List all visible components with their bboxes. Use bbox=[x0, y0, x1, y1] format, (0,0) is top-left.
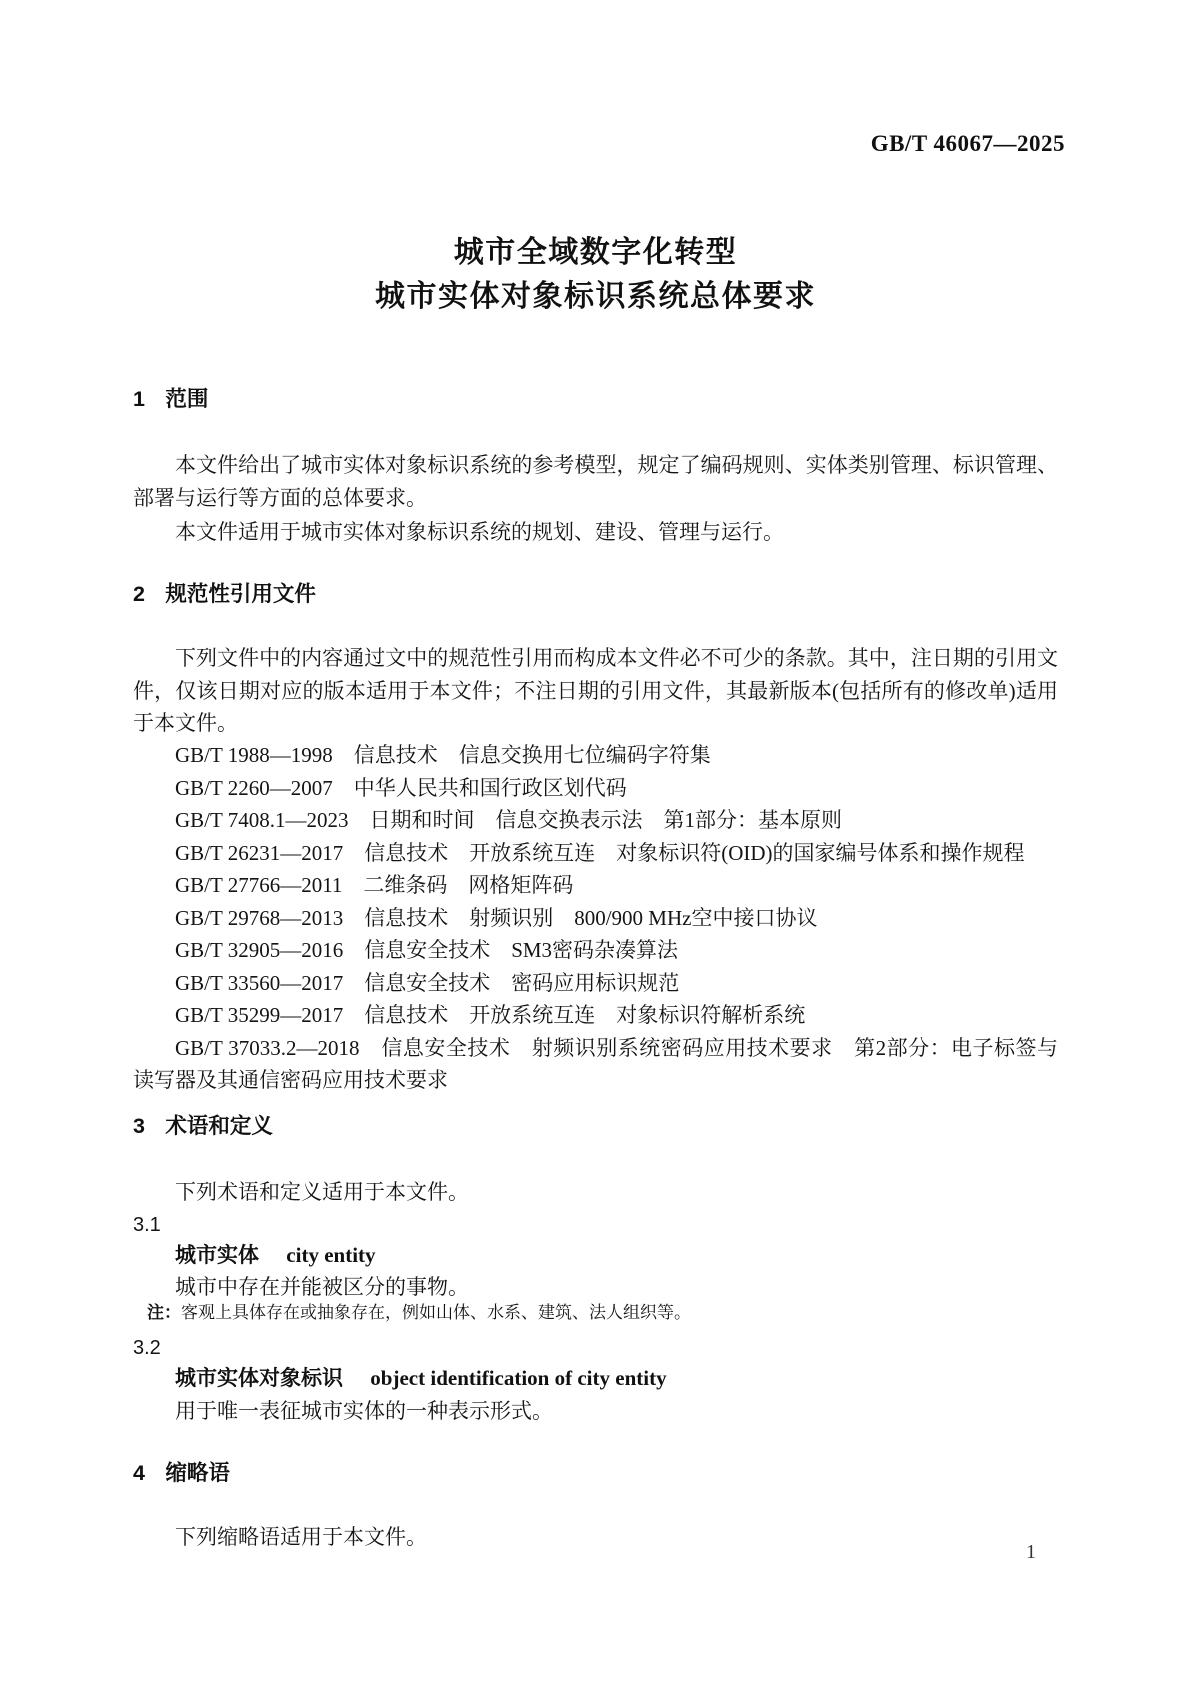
section-3-heading: 3术语和定义 bbox=[133, 1113, 1058, 1139]
term-3-1-en: city entity bbox=[286, 1243, 375, 1267]
terms-intro: 下列术语和定义适用于本文件。 bbox=[133, 1176, 1058, 1209]
section-1-number: 1 bbox=[133, 386, 145, 412]
term-3-2-number: 3.2 bbox=[133, 1335, 1058, 1361]
term-3-1-note: 注：客观上具体存在或抽象存在，例如山体、水系、建筑、法人组织等。 bbox=[147, 1301, 1072, 1324]
section-4-heading: 4缩略语 bbox=[133, 1460, 1058, 1486]
reference-item: GB/T 32905—2016 信息安全技术 SM3密码杂凑算法 bbox=[133, 934, 1058, 967]
document-page: GB/T 46067—2025 城市全域数字化转型 城市实体对象标识系统总体要求… bbox=[0, 0, 1191, 1685]
section-1-heading: 1范围 bbox=[133, 386, 1058, 412]
term-3-1-heading: 城市实体city entity bbox=[175, 1242, 1100, 1269]
document-title: 城市全域数字化转型 城市实体对象标识系统总体要求 bbox=[0, 231, 1191, 319]
section-2-title: 规范性引用文件 bbox=[165, 582, 316, 606]
reference-list: GB/T 1988—1998 信息技术 信息交换用七位编码字符集 GB/T 22… bbox=[133, 739, 1058, 1097]
section-1-title: 范围 bbox=[165, 387, 208, 411]
term-3-1-zh: 城市实体 bbox=[175, 1244, 259, 1267]
reference-item: GB/T 1988—1998 信息技术 信息交换用七位编码字符集 bbox=[133, 739, 1058, 772]
reference-item: GB/T 26231—2017 信息技术 开放系统互连 对象标识符(OID)的国… bbox=[133, 837, 1058, 870]
reference-item: GB/T 37033.2—2018 信息安全技术 射频识别系统密码应用技术要求 … bbox=[133, 1032, 1058, 1097]
scope-paragraph-2: 本文件适用于城市实体对象标识系统的规划、建设、管理与运行。 bbox=[133, 516, 1058, 549]
reference-item: GB/T 2260—2007 中华人民共和国行政区划代码 bbox=[133, 772, 1058, 805]
section-2-heading: 2规范性引用文件 bbox=[133, 581, 1058, 607]
page-number: 1 bbox=[1026, 1541, 1036, 1564]
reference-item: GB/T 35299—2017 信息技术 开放系统互连 对象标识符解析系统 bbox=[133, 999, 1058, 1032]
term-3-1-number: 3.1 bbox=[133, 1212, 1058, 1238]
term-3-2-en: object identification of city entity bbox=[370, 1366, 666, 1390]
title-line-2: 城市实体对象标识系统总体要求 bbox=[0, 275, 1191, 319]
term-3-2-zh: 城市实体对象标识 bbox=[175, 1367, 343, 1390]
standard-code: GB/T 46067—2025 bbox=[871, 131, 1065, 157]
term-3-2-heading: 城市实体对象标识object identification of city en… bbox=[175, 1365, 1100, 1392]
scope-paragraph-1: 本文件给出了城市实体对象标识系统的参考模型，规定了编码规则、实体类别管理、标识管… bbox=[133, 449, 1058, 514]
section-3-title: 术语和定义 bbox=[165, 1114, 273, 1138]
term-3-1-definition: 城市中存在并能被区分的事物。 bbox=[133, 1271, 1058, 1304]
abbreviations-intro: 下列缩略语适用于本文件。 bbox=[133, 1521, 1058, 1554]
reference-item: GB/T 7408.1—2023 日期和时间 信息交换表示法 第1部分：基本原则 bbox=[133, 804, 1058, 837]
section-4-title: 缩略语 bbox=[165, 1461, 230, 1485]
section-3-number: 3 bbox=[133, 1113, 145, 1139]
section-4-number: 4 bbox=[133, 1460, 145, 1486]
note-label: 注： bbox=[147, 1303, 181, 1322]
normative-refs-intro: 下列文件中的内容通过文中的规范性引用而构成本文件必不可少的条款。其中，注日期的引… bbox=[133, 642, 1058, 740]
section-2-number: 2 bbox=[133, 581, 145, 607]
reference-item: GB/T 33560—2017 信息安全技术 密码应用标识规范 bbox=[133, 967, 1058, 1000]
reference-item: GB/T 27766—2011 二维条码 网格矩阵码 bbox=[133, 869, 1058, 902]
note-text: 客观上具体存在或抽象存在，例如山体、水系、建筑、法人组织等。 bbox=[181, 1303, 691, 1322]
title-line-1: 城市全域数字化转型 bbox=[0, 231, 1191, 275]
reference-item: GB/T 29768—2013 信息技术 射频识别 800/900 MHz空中接… bbox=[133, 902, 1058, 935]
term-3-2-definition: 用于唯一表征城市实体的一种表示形式。 bbox=[133, 1395, 1058, 1428]
